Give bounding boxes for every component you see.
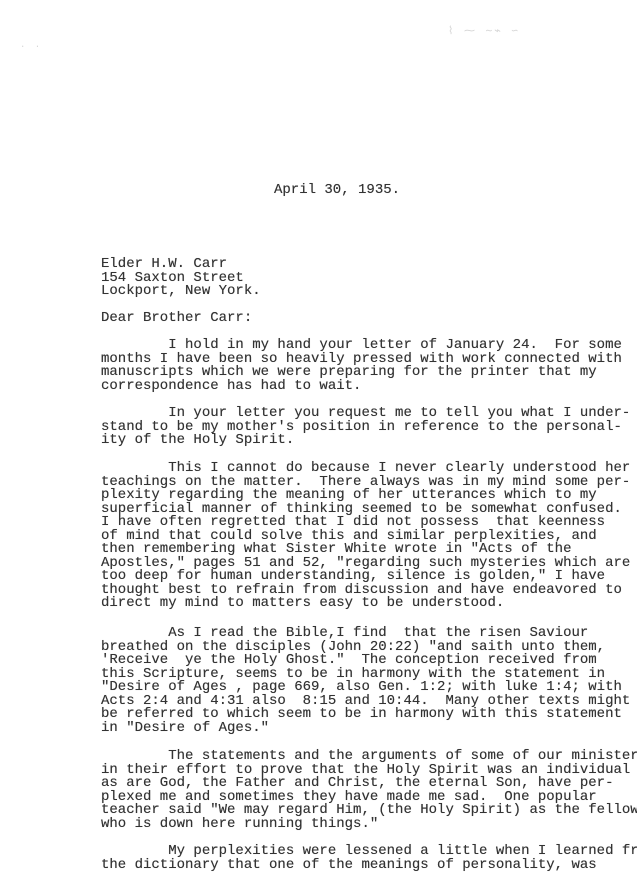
margin-mark: · · — [20, 42, 42, 52]
paragraph-line: who is down here running things." — [101, 818, 637, 832]
paragraph-3: This I cannot do because I never clearly… — [101, 462, 630, 611]
salutation: Dear Brother Carr: — [101, 312, 252, 326]
paragraph-2: In your letter you request me to tell yo… — [101, 407, 630, 448]
faint-handwritten-mark: ⌇ ⁓ ∼⌁ ∽ — [448, 24, 520, 38]
paragraph-4: As I read the Bible,I find that the rise… — [101, 627, 630, 735]
letter-page: ⌇ ⁓ ∼⌁ ∽ · · April 30, 1935. Elder H.W. … — [0, 0, 637, 876]
paragraph-line: in "Desire of Ages." — [101, 722, 630, 736]
salutation-text: Dear Brother Carr: — [101, 312, 252, 326]
paragraph-5: The statements and the arguments of some… — [101, 750, 637, 831]
paragraph-line: the dictionary that one of the meanings … — [101, 859, 637, 873]
paragraph-6: My perplexities were lessened a little w… — [101, 845, 637, 872]
address-line: Lockport, New York. — [101, 285, 261, 299]
paragraph-1: I hold in my hand your letter of January… — [101, 339, 622, 393]
paragraph-line: direct my mind to matters easy to be und… — [101, 597, 630, 611]
paragraph-line: ity of the Holy Spirit. — [101, 434, 630, 448]
letter-date: April 30, 1935. — [274, 182, 400, 198]
recipient-address: Elder H.W. Carr 154 Saxton Street Lockpo… — [101, 258, 261, 299]
paragraph-line: correspondence has had to wait. — [101, 380, 622, 394]
